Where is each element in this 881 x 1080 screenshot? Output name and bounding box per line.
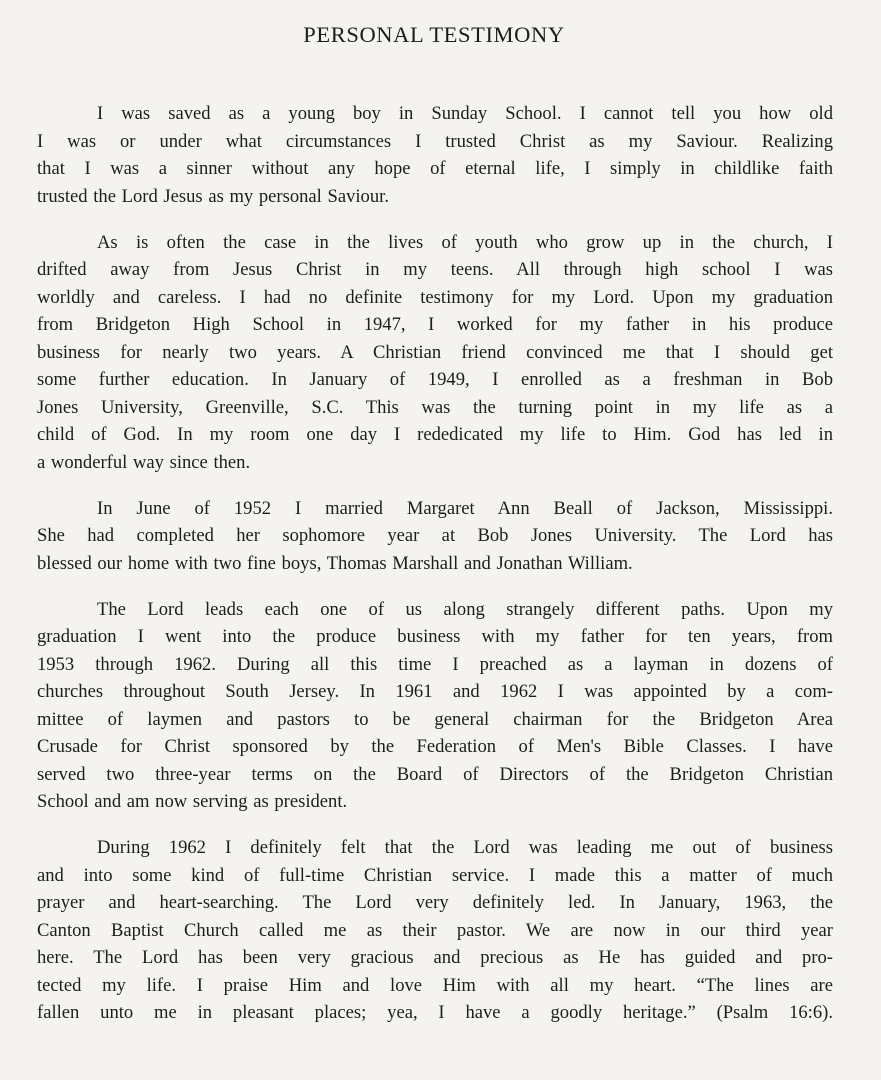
text-line: As is often the case in the lives of you… — [37, 229, 833, 257]
text-line: She had completed her sophomore year at … — [37, 522, 833, 550]
text-line: Canton Baptist Church called me as their… — [37, 917, 833, 945]
text-line: served two three-year terms on the Board… — [37, 761, 833, 789]
text-line: here. The Lord has been very gracious an… — [37, 944, 833, 972]
text-line: 1953 through 1962. During all this time … — [37, 651, 833, 679]
text-line: During 1962 I definitely felt that the L… — [37, 834, 833, 862]
text-line: In June of 1952 I married Margaret Ann B… — [37, 495, 833, 523]
paragraph-ministry: During 1962 I definitely felt that the L… — [37, 834, 833, 1027]
text-line: business for nearly two years. A Christi… — [37, 339, 833, 367]
text-line: prayer and heart-searching. The Lord ver… — [37, 889, 833, 917]
text-line: from Bridgeton High School in 1947, I wo… — [37, 311, 833, 339]
text-line: tected my life. I praise Him and love Hi… — [37, 972, 833, 1000]
paragraph-salvation: I was saved as a young boy in Sunday Sch… — [37, 100, 833, 210]
text-line: fallen unto me in pleasant places; yea, … — [37, 999, 833, 1027]
text-line: blessed our home with two fine boys, Tho… — [37, 550, 833, 578]
text-line: churches throughout South Jersey. In 196… — [37, 678, 833, 706]
text-line: The Lord leads each one of us along stra… — [37, 596, 833, 624]
text-line: worldly and careless. I had no definite … — [37, 284, 833, 312]
text-line: Crusade for Christ sponsored by the Fede… — [37, 733, 833, 761]
text-line: I was or under what circumstances I trus… — [37, 128, 833, 156]
paragraph-marriage: In June of 1952 I married Margaret Ann B… — [37, 495, 833, 578]
text-line: some further education. In January of 19… — [37, 366, 833, 394]
text-line: graduation I went into the produce busin… — [37, 623, 833, 651]
text-line: mittee of laymen and pastors to be gener… — [37, 706, 833, 734]
text-line: I was saved as a young boy in Sunday Sch… — [37, 100, 833, 128]
document-body: I was saved as a young boy in Sunday Sch… — [37, 100, 833, 1045]
text-line: and into some kind of full-time Christia… — [37, 862, 833, 890]
text-line: that I was a sinner without any hope of … — [37, 155, 833, 183]
text-line: drifted away from Jesus Christ in my tee… — [37, 256, 833, 284]
text-line: trusted the Lord Jesus as my personal Sa… — [37, 183, 833, 211]
text-line: child of God. In my room one day I reded… — [37, 421, 833, 449]
text-line: a wonderful way since then. — [37, 449, 833, 477]
paragraph-career: The Lord leads each one of us along stra… — [37, 596, 833, 816]
text-line: Jones University, Greenville, S.C. This … — [37, 394, 833, 422]
page-title: PERSONAL TESTIMONY — [0, 22, 868, 48]
document-page: PERSONAL TESTIMONY I was saved as a youn… — [0, 0, 881, 1080]
text-line: School and am now serving as president. — [37, 788, 833, 816]
paragraph-youth: As is often the case in the lives of you… — [37, 229, 833, 477]
